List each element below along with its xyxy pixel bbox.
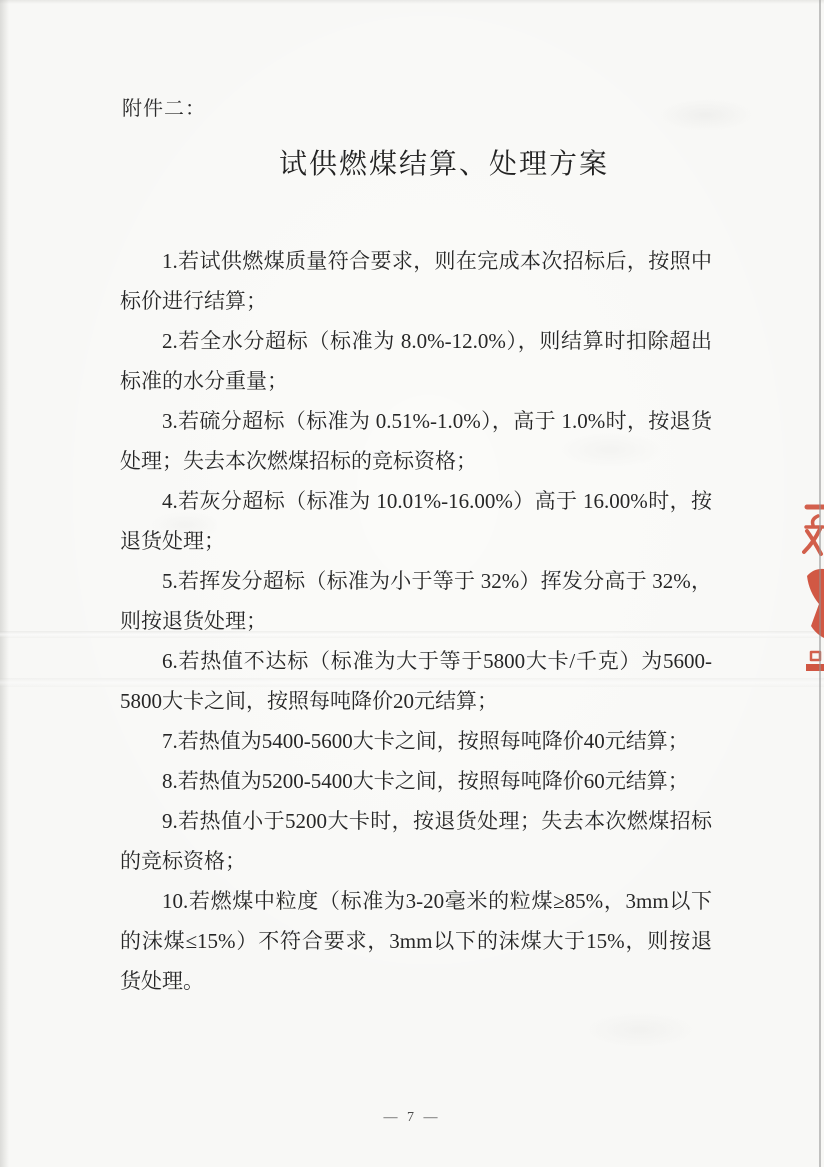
document-title: 试供燃煤结算、处理方案	[0, 142, 824, 182]
clause-list: 1.若试供燃煤质量符合要求，则在完成本次招标后，按照中标价进行结算； 2.若全水…	[120, 241, 712, 1001]
page-number: — 7 —	[0, 1110, 824, 1126]
scanned-document-page: 附件二： 试供燃煤结算、处理方案 1.若试供燃煤质量符合要求，则在完成本次招标后…	[0, 0, 824, 1167]
clause-10: 10.若燃煤中粒度（标准为3-20毫米的粒煤≥85%，3mm以下的沫煤≤15%）…	[120, 881, 712, 1001]
clause-3: 3.若硫分超标（标准为 0.51%-1.0%），高于 1.0%时，按退货处理；失…	[120, 401, 712, 481]
clause-5: 5.若挥发分超标（标准为小于等于 32%）挥发分高于 32%，则按退货处理；	[120, 561, 712, 641]
clause-2: 2.若全水分超标（标准为 8.0%-12.0%），则结算时扣除超出标准的水分重量…	[120, 321, 712, 401]
clause-8: 8.若热值为5200-5400大卡之间，按照每吨降价60元结算；	[120, 761, 712, 801]
seal-fill-group	[806, 569, 824, 671]
red-seal-stamp-fragment-icon	[794, 496, 824, 680]
seal-stroke-group	[804, 507, 824, 660]
clause-4: 4.若灰分超标（标准为 10.01%-16.00%）高于 16.00%时，按退货…	[120, 481, 712, 561]
scan-top-edge	[0, 0, 824, 4]
clause-9: 9.若热值小于5200大卡时，按退货处理；失去本次燃煤招标的竞标资格；	[120, 801, 712, 881]
attachment-label: 附件二：	[122, 92, 206, 121]
clause-6: 6.若热值不达标（标准为大于等于5800大卡/千克）为5600-5800大卡之间…	[120, 641, 712, 721]
clause-1: 1.若试供燃煤质量符合要求，则在完成本次招标后，按照中标价进行结算；	[120, 241, 712, 321]
clause-7: 7.若热值为5400-5600大卡之间，按照每吨降价40元结算；	[120, 721, 712, 761]
